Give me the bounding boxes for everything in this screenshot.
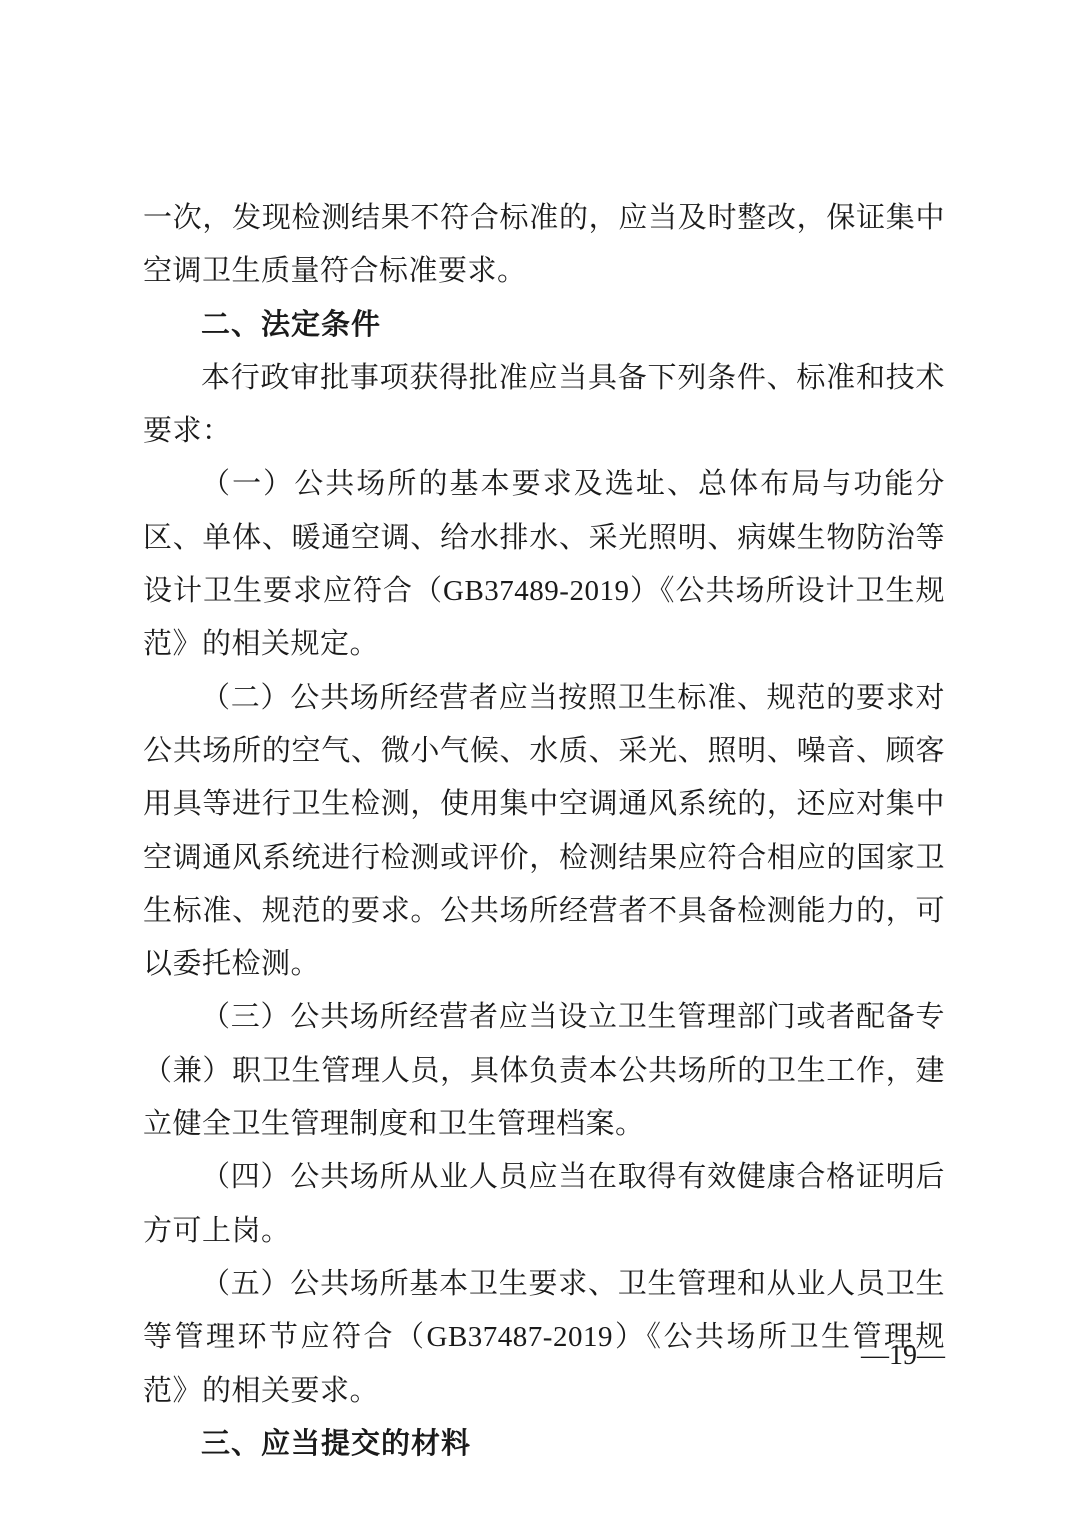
page-number: —19— [861, 1338, 945, 1374]
paragraph-item-3: （三）公共场所经营者应当设立卫生管理部门或者配备专（兼）职卫生管理人员，具体负责… [143, 991, 945, 1151]
paragraph-item-5: （五）公共场所基本卫生要求、卫生管理和从业人员卫生等管理环节应符合（GB3748… [143, 1258, 945, 1418]
paragraph-item-2: （二）公共场所经营者应当按照卫生标准、规范的要求对公共场所的空气、微小气候、水质… [143, 672, 945, 992]
document-body: 一次，发现检测结果不符合标准的，应当及时整改，保证集中空调卫生质量符合标准要求。… [143, 192, 945, 1471]
section-heading-required-materials: 三、应当提交的材料 [143, 1418, 945, 1471]
paragraph-item-4: （四）公共场所从业人员应当在取得有效健康合格证明后方可上岗。 [143, 1151, 945, 1258]
section-heading-legal-conditions: 二、法定条件 [143, 299, 945, 352]
paragraph-continuation: 一次，发现检测结果不符合标准的，应当及时整改，保证集中空调卫生质量符合标准要求。 [143, 192, 945, 299]
document-page: 一次，发现检测结果不符合标准的，应当及时整改，保证集中空调卫生质量符合标准要求。… [0, 0, 1074, 1520]
paragraph-item-1: （一）公共场所的基本要求及选址、总体布局与功能分区、单体、暖通空调、给水排水、采… [143, 458, 945, 671]
paragraph-intro: 本行政审批事项获得批准应当具备下列条件、标准和技术要求： [143, 352, 945, 459]
